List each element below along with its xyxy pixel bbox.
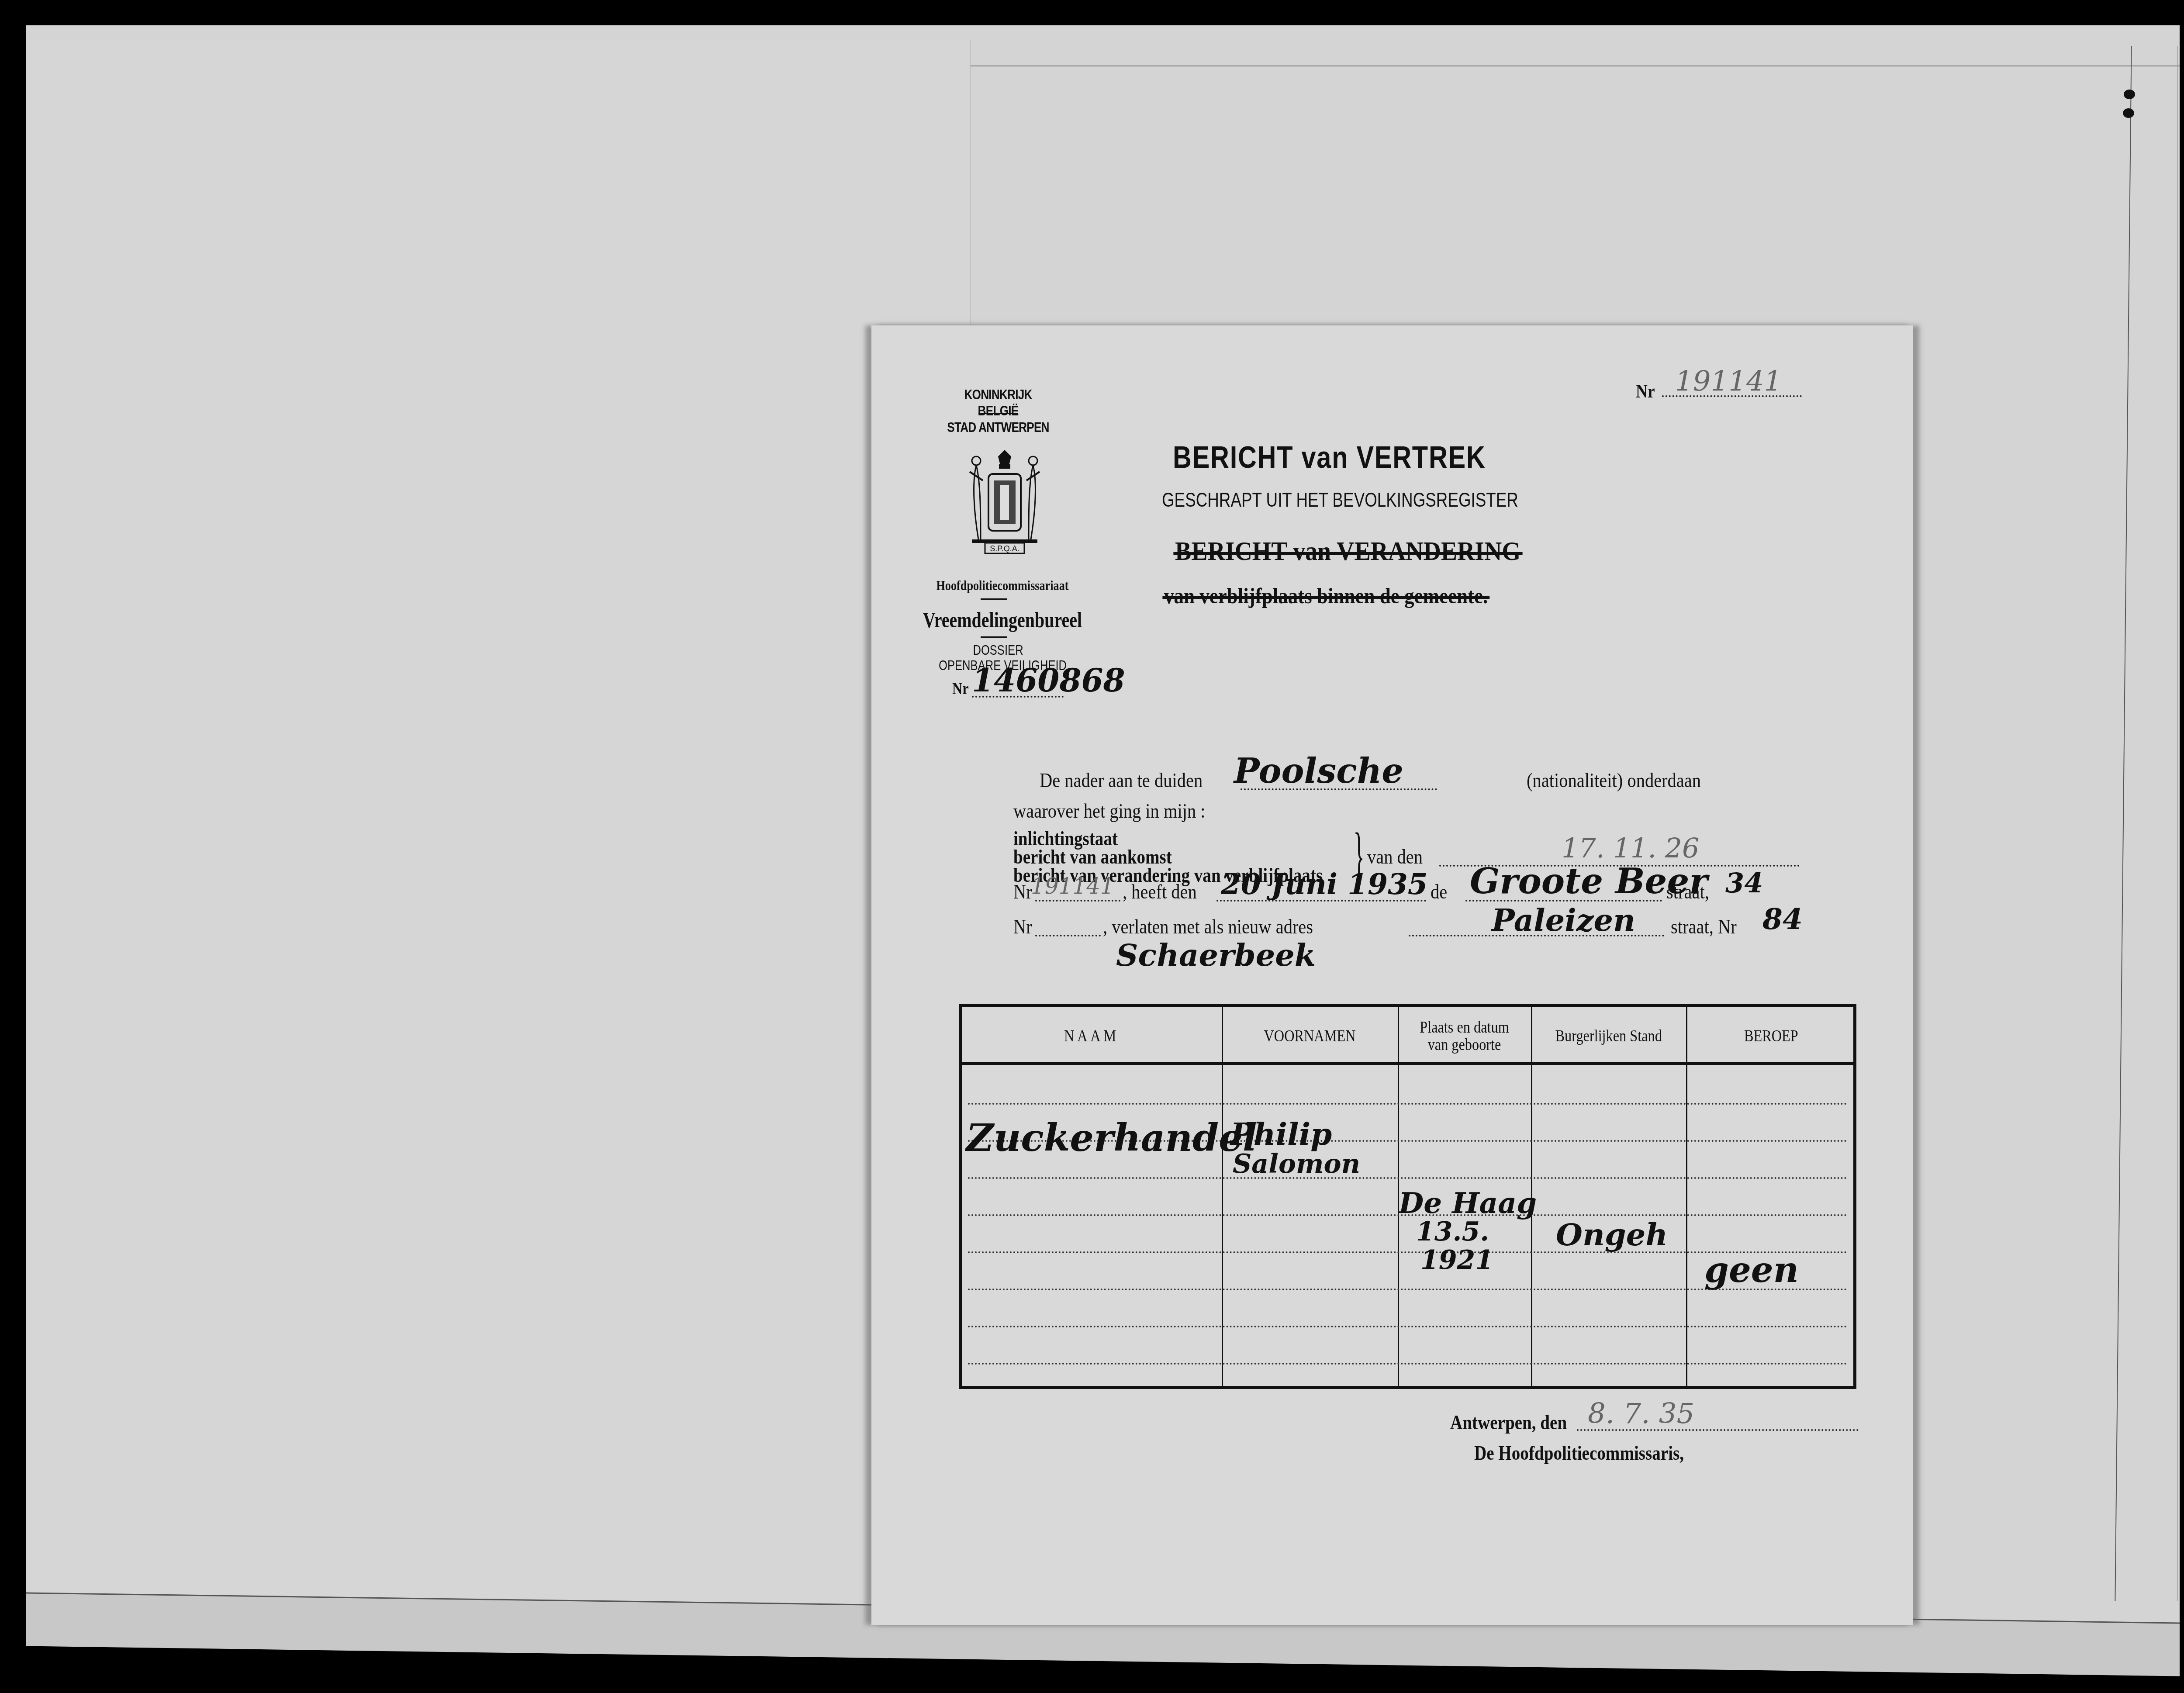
de-label: de (1431, 880, 1447, 903)
underlying-page (26, 40, 971, 1621)
form-subtitle: GESCHRAPT UIT HET BEVOLKINGSREGISTER (1162, 488, 1518, 511)
struck-title: BERICHT van VERANDERING (1175, 536, 1521, 567)
cell-naam: Zuckerhandel (966, 1116, 1257, 1160)
coat-of-arms-icon: S.P.Q.A. (963, 448, 1046, 557)
header-geboorte: Plaats en datum van geboorte (1398, 1007, 1531, 1065)
van-den-label: van den (1367, 845, 1423, 868)
cell-geboorte-plaats: De Haag (1399, 1186, 1537, 1220)
new-street-value: Paleizen (1492, 902, 1635, 938)
cell-voornaam-2: Salomon (1233, 1149, 1360, 1179)
divider (981, 598, 1007, 600)
svg-text:S.P.Q.A.: S.P.Q.A. (990, 544, 1019, 553)
signatory-label: De Hoofdpolitiecommissaris, (1474, 1441, 1684, 1465)
no-label: Nr (1013, 880, 1032, 903)
header-naam: NAAM (962, 1007, 1222, 1065)
bureau-label: Vreemdelingenbureel (919, 607, 1086, 632)
cell-geboorte-jaar: 1921 (1420, 1245, 1493, 1275)
table-row-line (968, 1326, 1847, 1327)
no-value: 191141 (1031, 874, 1114, 899)
struck-subtitle: van verblijfplaats binnen de gemeente. (1164, 583, 1488, 608)
table-row-line (968, 1363, 1847, 1365)
persons-table: NAAM VOORNAMEN Plaats en datum van geboo… (959, 1004, 1856, 1389)
city-label: STAD ANTWERPEN (944, 419, 1052, 435)
dossier-no-label: Nr (952, 679, 969, 698)
form-title: BERICHT van VERTREK (1173, 440, 1486, 475)
no-line (1035, 900, 1120, 902)
cell-beroep: geen (1704, 1249, 1799, 1290)
table-row-line (968, 1103, 1847, 1105)
cell-burgerlijke-stand: Ongeh (1556, 1216, 1668, 1253)
no2-label: Nr (1013, 915, 1032, 938)
dossier-no-value: 1460868 (972, 662, 1125, 699)
place-date-label: Antwerpen, den (1450, 1411, 1567, 1434)
departure-notice-form: KONINKRIJK BELGIË STAD ANTWERPEN S.P.Q.A… (871, 325, 1913, 1625)
cell-voornaam-1: Philip (1230, 1116, 1332, 1152)
header-burgerlijke-stand: Burgerlijken Stand (1531, 1007, 1686, 1065)
form-no-value: 191141 (1675, 366, 1782, 398)
new-house-no-value: 84 (1762, 902, 1803, 936)
ink-blot (2123, 108, 2134, 118)
form-no-label: Nr (1636, 380, 1655, 402)
body-line2-label: waarover het ging in mijn : (1013, 799, 1206, 822)
house-no-value: 34 (1725, 867, 1763, 899)
straat-nr-label: straat, Nr (1671, 915, 1737, 938)
body-intro-label: De nader aan te duiden (1040, 769, 1203, 792)
divider (978, 413, 1018, 414)
header-beroep: BEROEP (1686, 1007, 1856, 1065)
nationality-value: Poolsche (1234, 751, 1403, 791)
divider (981, 636, 1007, 638)
nationality-suffix-label: (nationaliteit) onderdaan (1527, 769, 1701, 792)
new-city-value: Schaerbeek (1116, 937, 1316, 973)
van-den-value: 17. 11. 26 (1562, 832, 1700, 864)
departure-date-value: 20 Juni 1935 (1221, 867, 1428, 901)
heeft-den-label: , heeft den (1123, 880, 1197, 903)
table-row-line (968, 1177, 1847, 1179)
ink-blot (2124, 90, 2135, 99)
no2-line (1035, 935, 1101, 936)
straat-label: straat, (1666, 880, 1709, 903)
cell-geboorte-datum: 13.5. (1416, 1216, 1489, 1247)
sign-date-value: 8. 7. 35 (1588, 1398, 1694, 1430)
dossier-label: DOSSIER (946, 642, 1051, 658)
header-voornamen: VOORNAMEN (1222, 1007, 1398, 1065)
verlaten-label: , verlaten met als nieuw adres (1103, 915, 1313, 938)
office-label: Hoofdpolitiecommissariaat (934, 577, 1071, 594)
sheet-edge-line (2177, 46, 2178, 1601)
